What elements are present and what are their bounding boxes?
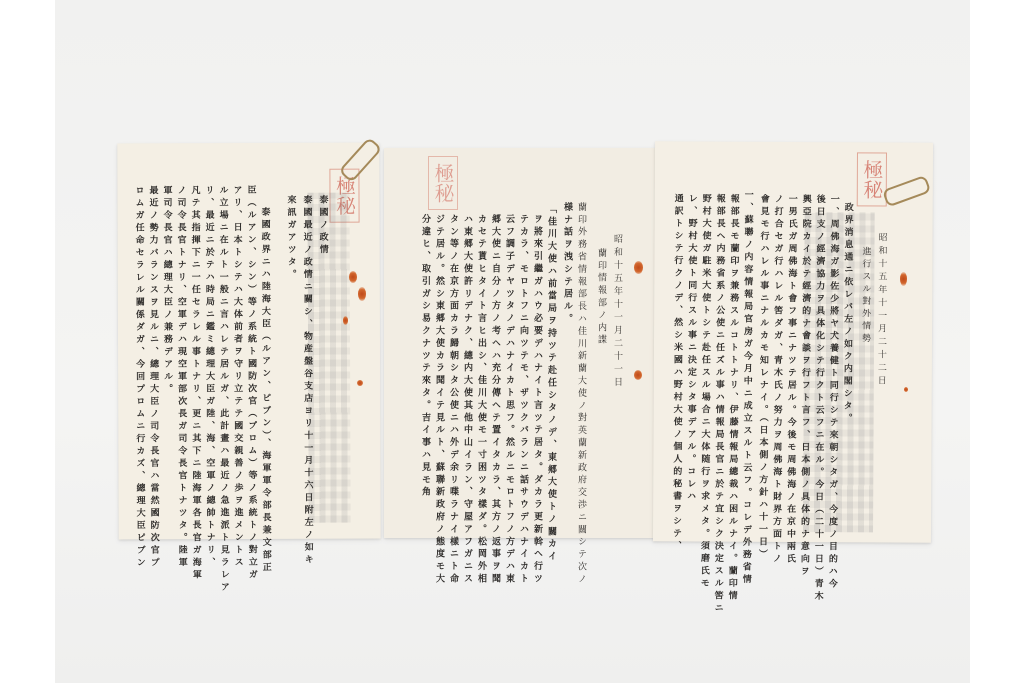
text-column: ノ打合セガ行ハレル筈ダガ、青木氏ノ努力ヲ周佛海ト財界方面トノ [771,194,783,566]
rust-stain [634,261,643,274]
text-column: 政界消息通ニ依レバ左ノ如ク内閣シタ。 [842,202,853,425]
text-column: 報部長モ蘭印ヲ兼務スルコトトナリ、伊藤情報局總裁ハ困ルナイ。蘭印情 [727,194,739,603]
document-date: 昭和十五年十一月二十二日 [876,232,887,388]
rust-stain [343,316,348,325]
text-column: ハ東郷大使許リデナク、總内大使其他中山イラン、守屋アフガニス [462,214,472,586]
text-column: 野村大使ガ駐米大使トシテ赴任スル場合ニ大体随行ヲ求メタ。須磨氏モ [699,194,711,591]
confidential-stamp: 極秘 [857,152,887,206]
text-column: アリ、日本トシテハ大体前者ヲ守リ立テテ國交親善ノ歩ヲ進メントス [231,185,242,569]
rust-stain [634,370,642,380]
text-column: カセテ貰ヒタイト言ヒ出シ、佳川大使モ一寸困ツタ樣ダ。松岡外相 [476,214,486,586]
text-column: 後日支ノ經濟協力ヲ具体化シテ行クト云フニ在ル。今日（二十一日）青木 [813,194,825,603]
text-column: 泰國最近ノ政情ニ關シ、物産盤谷支店ヨリ十一月十六日附左ノ如キ [301,195,312,567]
text-column: 一男氏ガ周佛海ト會フ事ニナツテ居ル。今後モ周佛海ノ在京中兩氏 [785,194,797,566]
text-column: 會見モ行ハレル事ニナルカモ知レナイ。（日本側ノ方針ハ十一日） [757,194,769,562]
text-column: 興亞院カイ於テ經濟的ナ會談ヲ行フト言フ、日本側ノ具体的ナ意向ヲ [799,194,811,578]
document-sheet-left: 極秘 泰國ノ政情 泰國最近ノ政情ニ關シ、物産盤谷支店ヨリ十一月十六日附左ノ如キ … [117,143,380,540]
rust-stain [900,272,907,286]
text-column: 凡テ其指揮下ニ一任セラレル事トナリ、更ニ其下ニ陸海軍各長官ガ海軍 [189,185,200,582]
rust-stain [358,287,366,301]
text-column: 分違ヒ、取引ガシ易クナツテ來タ。吉イ事ハ見モ角 [420,214,430,499]
confidential-stamp: 極秘 [428,156,458,210]
text-column: 蘭印外務省情報部長ハ佳川新蘭大使ノ對英蘭新政府交渉ニ關シテ次ノ [576,202,586,586]
text-column: ジテ居ル。然シ東郷大使カラ聞イテ見ルト、蘇聯新政府ノ態度モ大 [434,214,444,586]
text-column: 通訳トシテ行クノデ、然シ米國ハ野村大使ノ個人的秘書ヲシテ、 [671,193,683,553]
text-column: 一、蘇聯ノ内容情報局官房ガ今月中ニ成立スルト云フ。コレデ外務省情 [741,190,753,587]
text-column: レ、野村大使ト同行スル事ニ決定シタ事デアル。コレハ [685,193,697,503]
text-column: 泰國政界ニハ陸海大臣（ルアン、ピブン）、海軍軍令部長兼文部正 [260,207,271,575]
text-column: テカラ、モロトフニ向ツテモ、ザツクバランニ話サウデハナイカト [518,214,528,586]
text-column: ル立場ニ在ルト一般ニ言ハレテ居ルガ、此計畫ハ最近ノ急進派ト見ラレア [217,185,228,594]
text-column: 軍司令長官ハ總理大臣ノ兼務デアル。 [161,185,172,396]
text-column: 「佳川大使ハ前當局ヲ持ツテ赴任シタノデ、東郷大使トノ關カイ [546,204,556,564]
text-column: リ、最近ニ於テハ時局ニ鑑ミ總理大臣ガ陸、海、空軍ノ總帥トナリ、 [203,185,214,569]
text-column: 郷大使ニ自分ノ方ノ考ヘハ充分傳ヘテ置イタカラ、其方ノ返事ヲ聞 [490,214,500,586]
document-date: 昭和十五年十一月二十一日 [612,234,622,390]
text-column: 一、周佛海ガ影佐少將ヤ犬養健ト同行シテ來朝シタガ、今度ノ目的ハ今 [827,194,839,591]
text-column: 云フ調子デヤツタノデハナイカト思フ。然ルニモロトフノ方デハ東 [504,214,514,586]
rust-stain [357,380,363,386]
rust-stain [904,387,908,392]
text-column: ロムガ任命セラレル關係ダガ、今回プロムニ行カズ、總理大臣ピブン [133,185,144,569]
text-column: 來訊ガアツタ。 [285,195,295,282]
text-column: 泰國ノ政情 [317,195,327,257]
text-column: タン等ノ在京方面カラ歸朝シタ公使ニハ外デ余リ喋ラナイ樣ニト命 [448,214,458,586]
rust-stain [349,271,357,283]
document-title: 進行スル對外情勢 [860,246,871,345]
document-sheet-middle: 極秘 昭和十五年十一月二十一日 蘭印情報部ノ内諜 蘭印外務省情報部長ハ佳川新蘭大… [384,148,657,538]
text-column: ノ司令長官トナリ、空軍デハ現空軍部次長ガ司令長官トナツタ。陸軍 [175,185,186,569]
text-column: 様ナ話ヲ洩シテ居ル。 [562,202,572,326]
bleed-through-text [307,193,350,523]
text-column: 臣（ルアン、シン）等ノ系統ト國防次官（プロム）等ノ系統トノ對立ガ [245,185,256,582]
text-column: ヲ將來引繼ガハウ必要デハナイト言ツテ居タ。ダカラ更新斡ヘ行ツ [532,214,542,586]
text-column: 最近ノ勢力バランスヲ見ルニ、總理大臣ノ司令長官ハ當然國防次官プ [147,185,158,569]
document-title: 蘭印情報部ノ内諜 [596,248,606,347]
